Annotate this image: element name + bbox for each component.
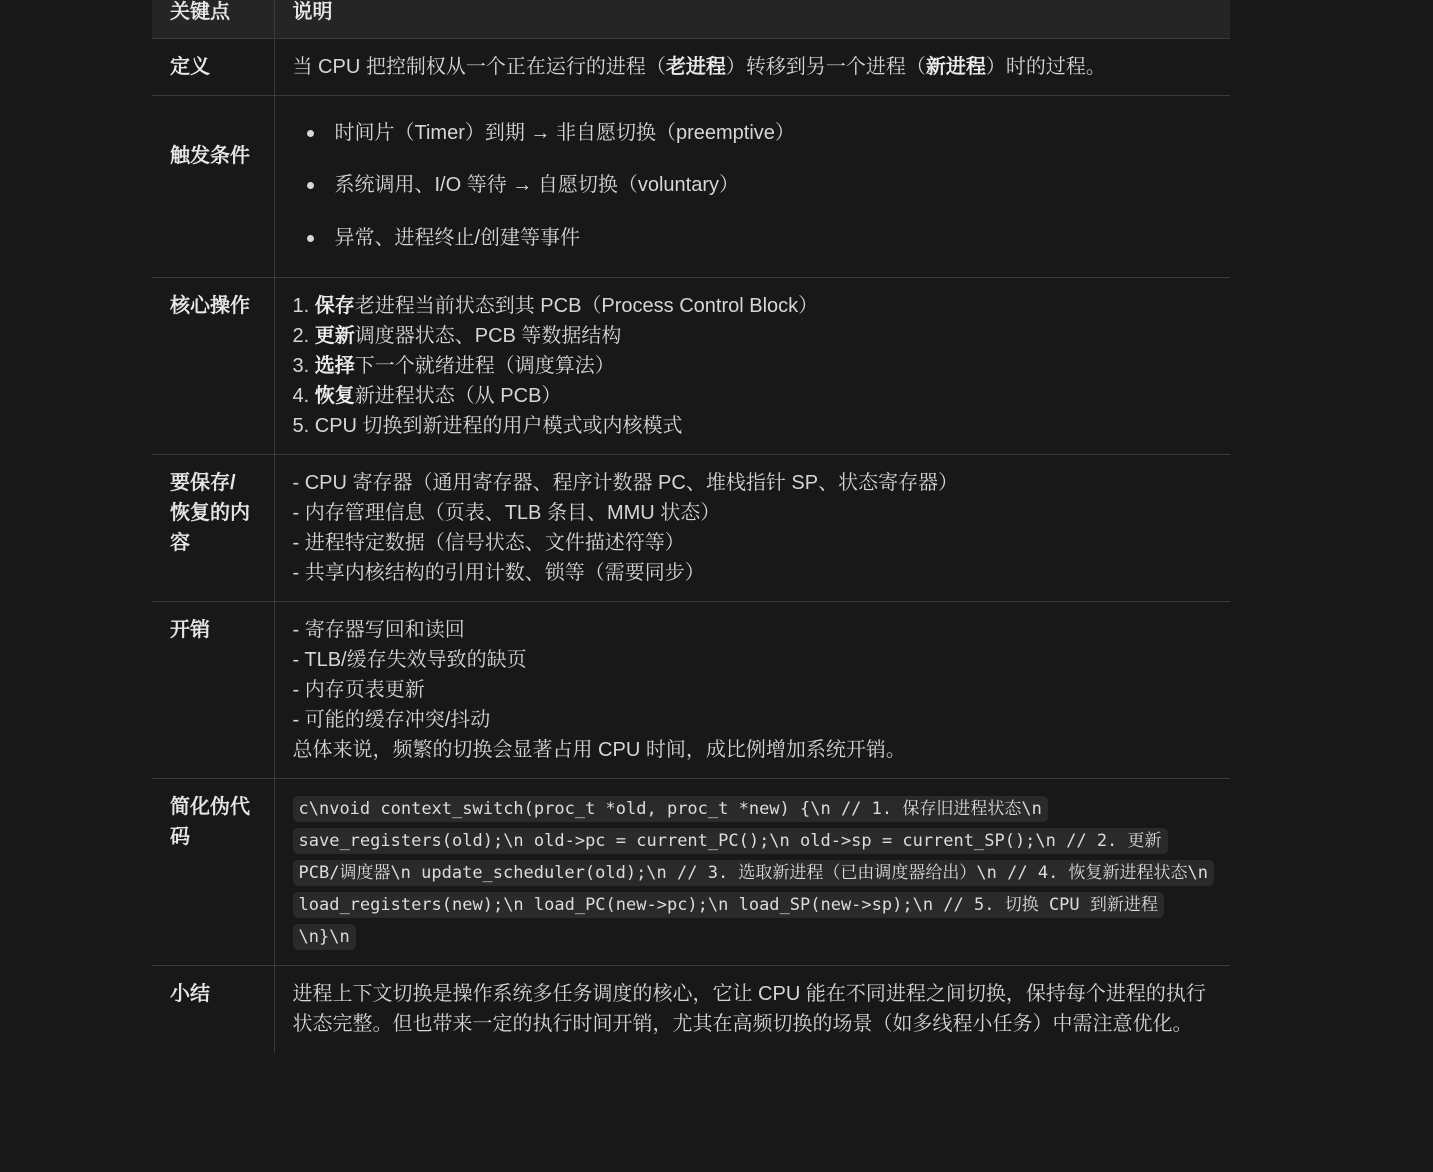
step-number: 2.: [293, 325, 315, 347]
row-value: 当 CPU 把控制权从一个正在运行的进程（老进程）转移到另一个进程（新进程）时的…: [274, 38, 1230, 95]
step-number: 3.: [293, 355, 315, 377]
step-text: 新进程状态（从 PCB）: [355, 385, 562, 407]
step-text: 调度器状态、PCB 等数据结构: [355, 325, 622, 347]
step-number: 4.: [293, 385, 315, 407]
table-row-overhead: 开销 - 寄存器写回和读回 - TLB/缓存失效导致的缺页 - 内存页表更新 -…: [152, 601, 1230, 778]
table-row-core-operations: 核心操作 1. 保存老进程当前状态到其 PCB（Process Control …: [152, 277, 1230, 454]
step-number: 1.: [293, 295, 315, 317]
row-key: 定义: [152, 38, 274, 95]
step-line: 3. 选择下一个就绪进程（调度算法）: [293, 351, 1213, 381]
content-line: - CPU 寄存器（通用寄存器、程序计数器 PC、堆栈指针 SP、状态寄存器）: [293, 468, 1213, 498]
context-switch-table-container: 关键点 说明 定义 当 CPU 把控制权从一个正在运行的进程（老进程）转移到另一…: [152, 0, 1230, 1053]
bold-term-old-process: 老进程: [666, 56, 726, 78]
content-line: - 内存管理信息（页表、TLB 条目、MMU 状态）: [293, 498, 1213, 528]
table-row-definition: 定义 当 CPU 把控制权从一个正在运行的进程（老进程）转移到另一个进程（新进程…: [152, 38, 1230, 95]
step-line: 1. 保存老进程当前状态到其 PCB（Process Control Block…: [293, 291, 1213, 321]
trigger-list: 时间片（Timer）到期 → 非自愿切换（preemptive） 系统调用、I/…: [293, 96, 1213, 277]
step-verb: 更新: [315, 325, 355, 347]
row-key: 核心操作: [152, 277, 274, 454]
step-verb: 恢复: [315, 385, 355, 407]
overhead-line: - 可能的缓存冲突/抖动: [293, 705, 1213, 735]
step-line: 5. CPU 切换到新进程的用户模式或内核模式: [293, 411, 1213, 441]
bullet-icon: [307, 182, 314, 189]
row-key: 要保存/恢复的内容: [152, 454, 274, 601]
context-switch-table: 关键点 说明 定义 当 CPU 把控制权从一个正在运行的进程（老进程）转移到另一…: [152, 0, 1230, 1053]
list-item-text: 系统调用、I/O 等待 → 自愿切换（voluntary）: [335, 174, 740, 196]
bullet-icon: [307, 130, 314, 137]
table-row-saved-content: 要保存/恢复的内容 - CPU 寄存器（通用寄存器、程序计数器 PC、堆栈指针 …: [152, 454, 1230, 601]
step-text: 老进程当前状态到其 PCB（Process Control Block）: [355, 295, 818, 317]
step-verb: 保存: [315, 295, 355, 317]
list-item-text: 异常、进程终止/创建等事件: [335, 227, 581, 249]
table-row-pseudocode: 简化伪代码 c\nvoid context_switch(proc_t *old…: [152, 778, 1230, 965]
row-value: 进程上下文切换是操作系统多任务调度的核心，它让 CPU 能在不同进程之间切换，保…: [274, 965, 1230, 1053]
step-text: 下一个就绪进程（调度算法）: [355, 355, 615, 377]
content-line: - 进程特定数据（信号状态、文件描述符等）: [293, 528, 1213, 558]
step-number: 5.: [293, 415, 315, 437]
step-verb: 选择: [315, 355, 355, 377]
column-header-key: 关键点: [152, 0, 274, 38]
text-segment: ）转移到另一个进程（: [726, 56, 926, 78]
list-item: 系统调用、I/O 等待 → 自愿切换（voluntary）: [315, 170, 1213, 200]
text-segment: ）时的过程。: [986, 56, 1106, 78]
row-value: - CPU 寄存器（通用寄存器、程序计数器 PC、堆栈指针 SP、状态寄存器） …: [274, 454, 1230, 601]
row-value: c\nvoid context_switch(proc_t *old, proc…: [274, 778, 1230, 965]
row-key: 开销: [152, 601, 274, 778]
list-item-text: 时间片（Timer）到期 → 非自愿切换（preemptive）: [335, 122, 795, 144]
content-line: - 共享内核结构的引用计数、锁等（需要同步）: [293, 558, 1213, 588]
bullet-icon: [307, 235, 314, 242]
table-header-row: 关键点 说明: [152, 0, 1230, 38]
row-key: 简化伪代码: [152, 778, 274, 965]
row-key: 小结: [152, 965, 274, 1053]
bold-term-new-process: 新进程: [926, 56, 986, 78]
step-line: 4. 恢复新进程状态（从 PCB）: [293, 381, 1213, 411]
inline-code-block: c\nvoid context_switch(proc_t *old, proc…: [293, 796, 1215, 950]
list-item: 时间片（Timer）到期 → 非自愿切换（preemptive）: [315, 118, 1213, 148]
step-line: 2. 更新调度器状态、PCB 等数据结构: [293, 321, 1213, 351]
overhead-line: - 内存页表更新: [293, 675, 1213, 705]
row-value: 1. 保存老进程当前状态到其 PCB（Process Control Block…: [274, 277, 1230, 454]
row-value: - 寄存器写回和读回 - TLB/缓存失效导致的缺页 - 内存页表更新 - 可能…: [274, 601, 1230, 778]
table-row-summary: 小结 进程上下文切换是操作系统多任务调度的核心，它让 CPU 能在不同进程之间切…: [152, 965, 1230, 1053]
step-text: CPU 切换到新进程的用户模式或内核模式: [315, 415, 683, 437]
table-row-triggers: 触发条件 时间片（Timer）到期 → 非自愿切换（preemptive） 系统…: [152, 95, 1230, 277]
overhead-line: - TLB/缓存失效导致的缺页: [293, 645, 1213, 675]
row-key: 触发条件: [152, 95, 274, 277]
text-segment: 当 CPU 把控制权从一个正在运行的进程（: [293, 56, 666, 78]
row-value: 时间片（Timer）到期 → 非自愿切换（preemptive） 系统调用、I/…: [274, 95, 1230, 277]
overhead-line: - 寄存器写回和读回: [293, 615, 1213, 645]
column-header-description: 说明: [274, 0, 1230, 38]
list-item: 异常、进程终止/创建等事件: [315, 223, 1213, 253]
overhead-summary: 总体来说，频繁的切换会显著占用 CPU 时间，成比例增加系统开销。: [293, 735, 1213, 765]
